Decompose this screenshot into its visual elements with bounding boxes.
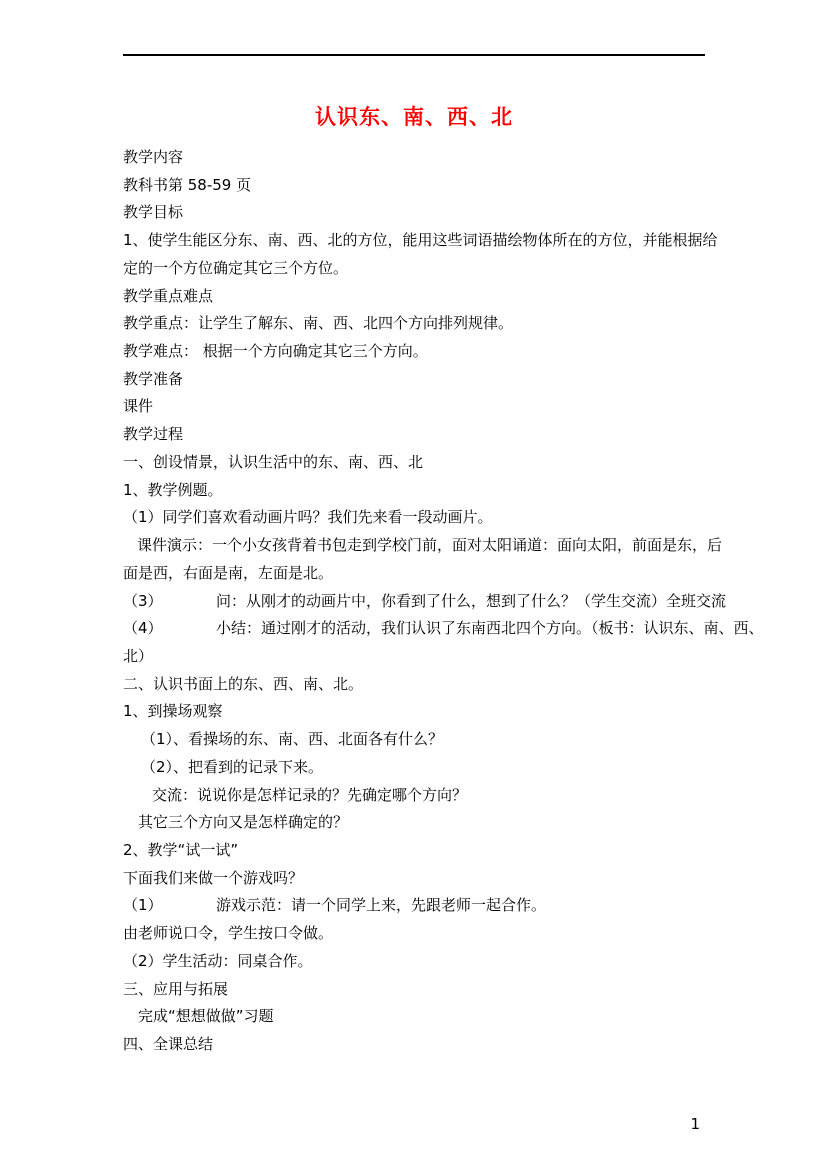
text-line: （3）问：从刚才的动画片中，你看到了什么，想到了什么？（学生交流）全班交流 [123, 588, 705, 616]
text-line: 交流：说说你是怎样记录的？先确定哪个方向？ [123, 782, 705, 810]
text-line: （1）同学们喜欢看动画片吗？我们先来看一段动画片。 [123, 504, 705, 532]
text-line: 课件 [123, 393, 705, 421]
text-line: （4）小结：通过刚才的活动，我们认识了东南西北四个方向。（板书：认识东、南、西、 [123, 615, 705, 643]
text-line: 教学难点： 根据一个方向确定其它三个方向。 [123, 338, 705, 366]
text-line: 课件演示：一个小女孩背着书包走到学校门前，面对太阳诵道：面向太阳，前面是东，后 [123, 532, 705, 560]
text-line: 定的一个方位确定其它三个方位。 [123, 255, 705, 283]
list-marker: （3） [123, 588, 216, 616]
text-line: 教学准备 [123, 366, 705, 394]
text-line: 其它三个方向又是怎样确定的？ [123, 809, 705, 837]
header-rule [123, 54, 705, 56]
text-line: 一、创设情景，认识生活中的东、南、西、北 [123, 449, 705, 477]
page-number: 1 [123, 1114, 700, 1134]
text-line: 四、全课总结 [123, 1031, 705, 1059]
text-line: 由老师说口令，学生按口令做。 [123, 920, 705, 948]
list-marker: （4） [123, 615, 216, 643]
text-line: （2）学生活动：同桌合作。 [123, 948, 705, 976]
text-line: （2）、把看到的记录下来。 [123, 754, 705, 782]
line-text: 小结：通过刚才的活动，我们认识了东南西北四个方向。（板书：认识东、南、西、 [216, 619, 764, 637]
text-line: 三、应用与拓展 [123, 976, 705, 1004]
text-line: 下面我们来做一个游戏吗？ [123, 865, 705, 893]
text-line: 教科书第 58-59 页 [123, 172, 705, 200]
text-line: 1、使学生能区分东、南、西、北的方位，能用这些词语描绘物体所在的方位，并能根据给 [123, 227, 705, 255]
text-line: 1、到操场观察 [123, 698, 705, 726]
line-text: 游戏示范：请一个同学上来，先跟老师一起合作。 [216, 896, 546, 914]
text-line: 2、教学“试一试” [123, 837, 705, 865]
text-line: （1）游戏示范：请一个同学上来，先跟老师一起合作。 [123, 892, 705, 920]
text-line: 教学内容 [123, 144, 705, 172]
line-text: 问：从刚才的动画片中，你看到了什么，想到了什么？（学生交流）全班交流 [216, 592, 726, 610]
text-line: 面是西，右面是南，左面是北。 [123, 560, 705, 588]
text-line: 北） [123, 643, 705, 671]
text-line: 1、教学例题。 [123, 477, 705, 505]
list-marker: （1） [123, 892, 216, 920]
text-line: 教学过程 [123, 421, 705, 449]
document-title: 认识东、南、西、北 [123, 101, 705, 131]
document-page: 认识东、南、西、北 教学内容 教科书第 58-59 页 教学目标 1、使学生能区… [0, 0, 827, 1170]
document-body: 教学内容 教科书第 58-59 页 教学目标 1、使学生能区分东、南、西、北的方… [123, 144, 705, 1059]
text-line: （1）、看操场的东、南、西、北面各有什么？ [123, 726, 705, 754]
text-line: 完成“想想做做”习题 [123, 1003, 705, 1031]
text-line: 二、认识书面上的东、西、南、北。 [123, 671, 705, 699]
text-line: 教学目标 [123, 199, 705, 227]
text-line: 教学重点：让学生了解东、南、西、北四个方向排列规律。 [123, 310, 705, 338]
text-line: 教学重点难点 [123, 283, 705, 311]
